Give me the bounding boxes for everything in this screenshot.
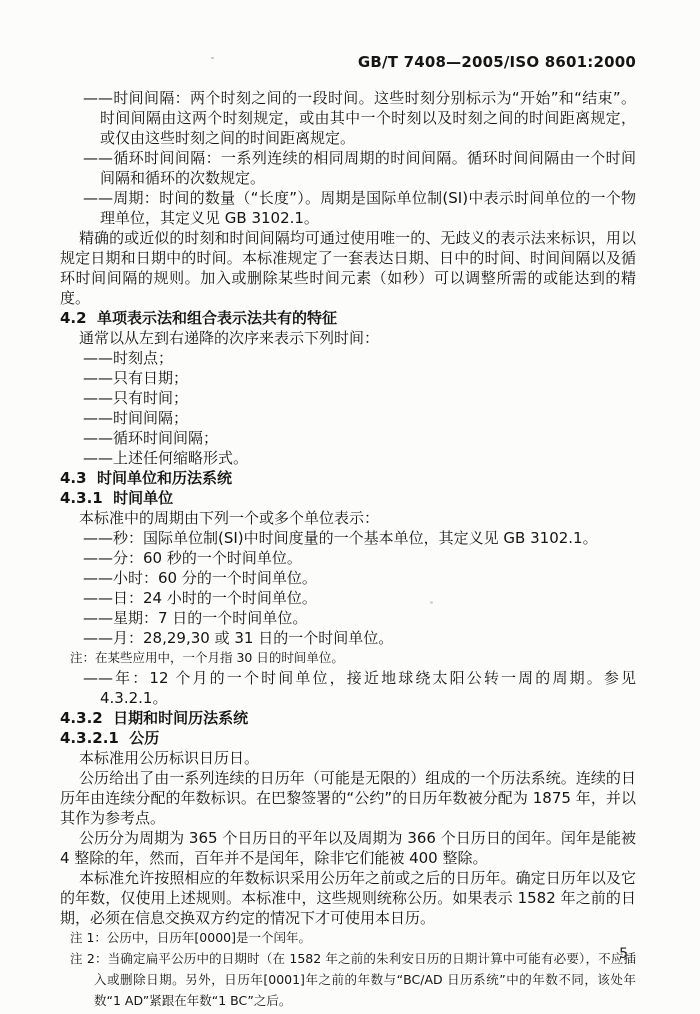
- list-item: ——只有时间；: [60, 388, 636, 408]
- list-item: ——循环时间间隔；: [60, 428, 636, 448]
- list-item: ——只有日期；: [60, 368, 636, 388]
- list-item: ——日：24 小时的一个时间单位。: [60, 588, 636, 608]
- paragraph: 本标准允许按照相应的年数标识采用公历年之前或之后的日历年。确定日历年以及它的年数…: [60, 868, 636, 928]
- list-item: ——分：60 秒的一个时间单位。: [60, 548, 636, 568]
- list-item: ——年：12 个月的一个时间单位，接近地球绕太阳公转一周的周期。参见 4.3.2…: [60, 668, 636, 708]
- note-2: 注 2：当确定扁平公历中的日期时（在 1582 年之前的朱利安日历的日期计算中可…: [70, 948, 636, 1011]
- scanned-document-page: GB/T 7408—2005/ISO 8601:2000 ——时间间隔：两个时刻…: [0, 0, 700, 1014]
- page-number: 5: [619, 946, 628, 962]
- section-heading-4-3-2-1: 4.3.2.1 公历: [60, 728, 636, 748]
- paragraph: 精确的或近似的时刻和时间间隔均可通过使用唯一的、无歧义的表示法来标识，用以规定日…: [60, 228, 636, 308]
- note-1: 注 1：公历中，日历年[0000]是一个闰年。: [70, 928, 636, 948]
- list-item: ——时间间隔；: [60, 408, 636, 428]
- section-heading-4-3-1: 4.3.1 时间单位: [60, 488, 636, 508]
- list-item: ——秒：国际单位制(SI)中时间度量的一个基本单位，其定义见 GB 3102.1…: [60, 528, 636, 548]
- section-heading-4-3: 4.3 时间单位和历法系统: [60, 468, 636, 488]
- list-item: ——小时：60 分的一个时间单位。: [60, 568, 636, 588]
- list-item: ——星期：7 日的一个时间单位。: [60, 608, 636, 628]
- document-content: GB/T 7408—2005/ISO 8601:2000 ——时间间隔：两个时刻…: [60, 52, 636, 1011]
- list-item: ——时刻点；: [60, 348, 636, 368]
- paragraph: 公历分为周期为 365 个日历日的平年以及周期为 366 个日历日的闰年。闰年是…: [60, 828, 636, 868]
- paragraph: 本标准用公历标识日历日。: [60, 748, 636, 768]
- list-item: ——月：28,29,30 或 31 日的一个时间单位。: [60, 628, 636, 648]
- paragraph: 公历给出了由一系列连续的日历年（可能是无限的）组成的一个历法系统。连续的日历年由…: [60, 768, 636, 828]
- paragraph: 本标准中的周期由下列一个或多个单位表示：: [60, 508, 636, 528]
- standard-number-header: GB/T 7408—2005/ISO 8601:2000: [60, 52, 636, 72]
- list-item: ——周期：时间的数量（“长度”）。周期是国际单位制(SI)中表示时间单位的一个物…: [60, 188, 636, 228]
- list-item: ——上述任何缩略形式。: [60, 448, 636, 468]
- section-heading-4-2: 4.2 单项表示法和组合表示法共有的特征: [60, 308, 636, 328]
- note: 注：在某些应用中，一个月指 30 日的时间单位。: [70, 648, 636, 668]
- section-heading-4-3-2: 4.3.2 日期和时间历法系统: [60, 708, 636, 728]
- list-item: ——循环时间间隔：一系列连续的相同周期的时间间隔。循环时间间隔由一个时间间隔和循…: [60, 148, 636, 188]
- paragraph: 通常以从左到右递降的次序来表示下列时间：: [60, 328, 636, 348]
- list-item: ——时间间隔：两个时刻之间的一段时间。这些时刻分别标示为“开始”和“结束”。时间…: [60, 88, 636, 148]
